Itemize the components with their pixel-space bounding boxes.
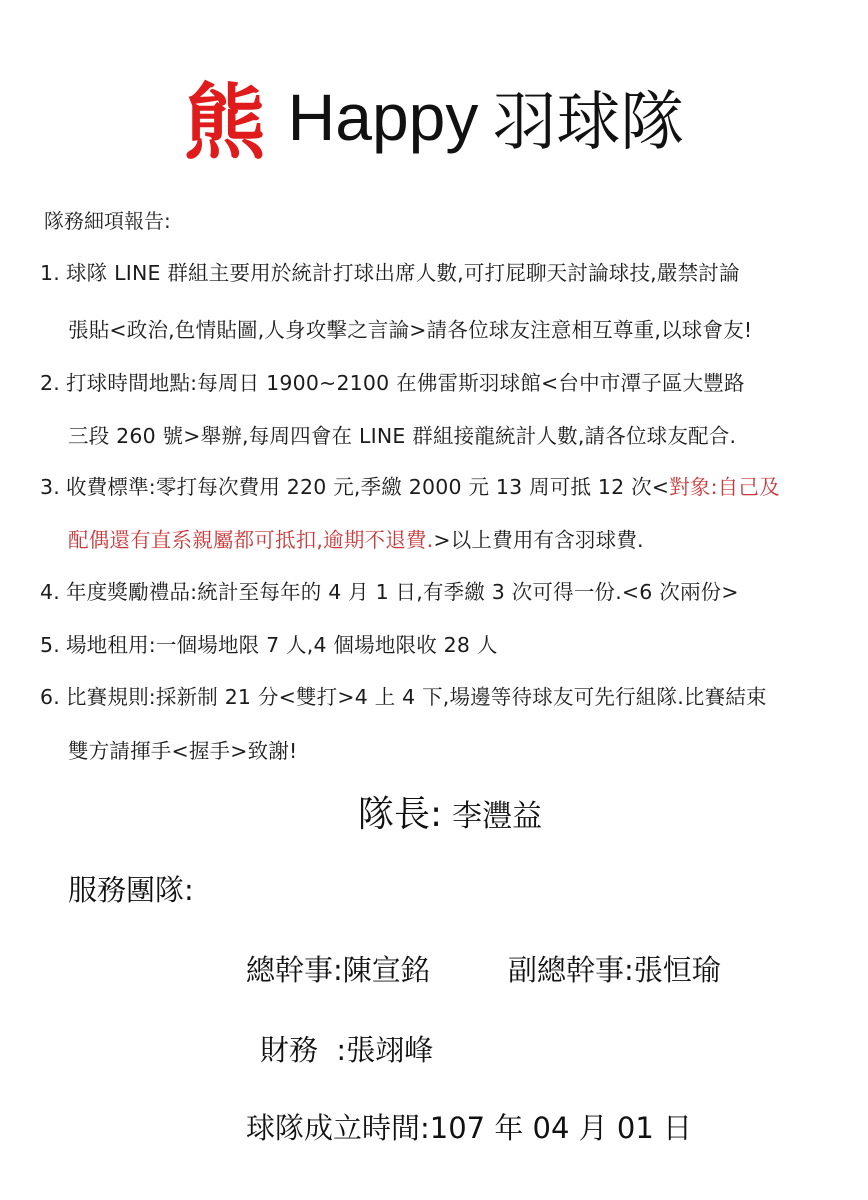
captain-name: 李灃益 (452, 799, 542, 834)
highlight-text: 配偶還有直系親屬都可抵扣,逾期不退費. (68, 528, 433, 552)
treasurer: 財務 :張翊峰 (260, 1028, 433, 1069)
item-4-line-1: 4.年度獎勵禮品:統計至每年的 4 月 1 日,有季繳 3 次可得一份.<6 次… (40, 575, 739, 605)
founded-date: 球隊成立時間:107 年 04 月 01 日 (246, 1106, 692, 1147)
title-happy: Happy (288, 80, 479, 154)
captain-label: 隊長: (358, 794, 442, 835)
highlight-text: 對象:自己及 (669, 475, 780, 499)
bear-character: 熊 (184, 76, 266, 171)
deputy-general-secretary: 副總幹事:張恒瑜 (508, 948, 721, 989)
title-team-name: 羽球隊 (492, 86, 684, 160)
report-heading: 隊務細項報告: (44, 205, 171, 234)
item-6-line-2: 雙方請揮手<握手>致謝! (68, 734, 297, 764)
item-3-line-2: 配偶還有直系親屬都可抵扣,逾期不退費.>以上費用有含羽球費. (68, 523, 644, 553)
item-3-line-1: 3.收費標準:零打每次費用 220 元,季繳 2000 元 13 周可抵 12 … (40, 470, 780, 500)
item-1-line-2: 張貼<政治,色情貼圖,人身攻擊之言論>請各位球友注意相互尊重,以球會友! (68, 313, 752, 343)
page-title: 熊Happy羽球隊 (0, 58, 868, 175)
item-6-line-1: 6.比賽規則:採新制 21 分<雙打>4 上 4 下,場邊等待球友可先行組隊.比… (40, 680, 767, 710)
general-secretary: 總幹事:陳宣銘 (246, 948, 430, 989)
item-1-line-1: 1.球隊 LINE 群組主要用於統計打球出席人數,可打屁聊天討論球技,嚴禁討論 (40, 256, 740, 286)
item-5-line-1: 5.場地租用:一個場地限 7 人,4 個場地限收 28 人 (40, 628, 498, 658)
item-2-line-1: 2.打球時間地點:每周日 1900~2100 在佛雷斯羽球館<台中市潭子區大豐路 (40, 366, 745, 396)
item-2-line-2: 三段 260 號>舉辦,每周四會在 LINE 群組接龍統計人數,請各位球友配合. (68, 419, 736, 449)
service-team-heading: 服務團隊: (68, 868, 194, 909)
captain: 隊長:李灃益 (358, 786, 542, 837)
